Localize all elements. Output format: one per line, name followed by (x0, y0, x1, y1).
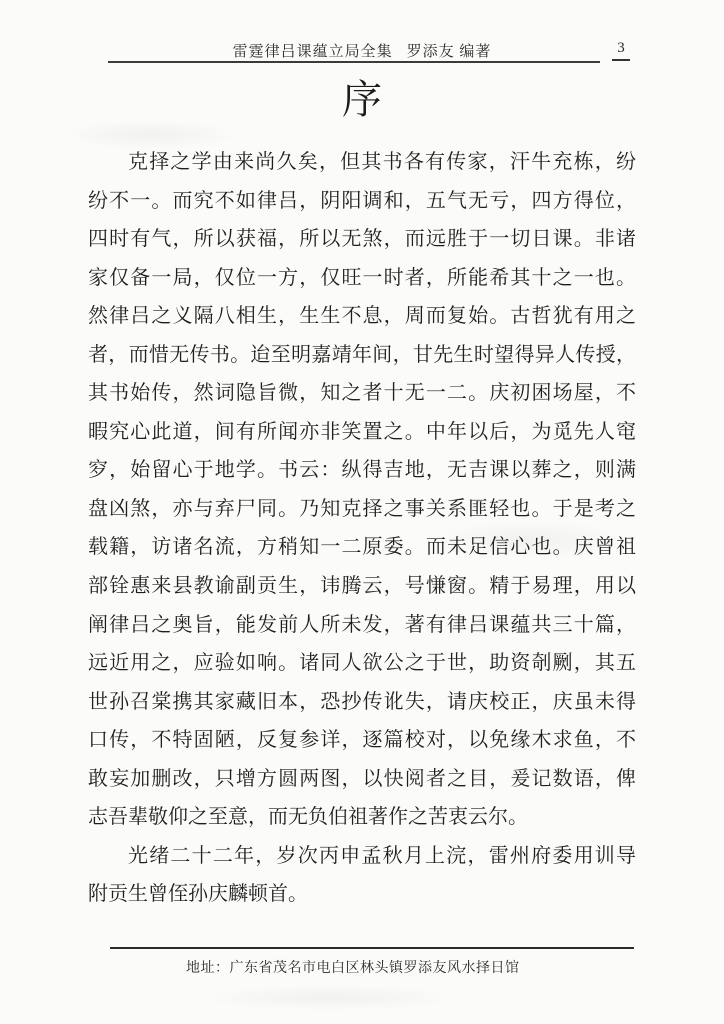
body-line: 穸，始留心于地学。书云：纵得吉地，无吉课以葬之，则满 (88, 451, 636, 490)
body-line: 光绪二十二年，岁次丙申孟秋月上浣，雷州府委用训导 (88, 837, 636, 876)
body-line: 附贡生曾侄孙庆麟顿首。 (88, 875, 636, 914)
running-header: 雷霆律吕课蕴立局全集罗添友 编著 (88, 40, 636, 61)
body-line: 四时有气，所以获福，所以无煞，而远胜于一切日课。非诸 (88, 220, 636, 259)
body-line: 盘凶煞，亦与弃尸同。乃知克择之事关系匪轻也。于是考之 (88, 490, 636, 529)
body-line: 克择之学由来尚久矣，但其书各有传家，汗牛充栋，纷 (88, 143, 636, 182)
page-number: 3 (612, 40, 630, 61)
body-line: 部铨惠来县教谕副贡生，讳腾云，号慊窗。精于易理，用以 (88, 567, 636, 606)
body-line: 口传，不特固陋，反复参详，逐篇校对，以免缘木求鱼，不 (88, 721, 636, 760)
body-line: 然律吕之义隔八相生，生生不息，周而复始。古哲犹有用之 (88, 297, 636, 336)
body-line: 远近用之，应验如响。诸同人欲公之于世，助资剞劂，其五 (88, 644, 636, 683)
body-line: 敢妄加删改，只增方圆两图，以快阅者之目，爰记数语，俾 (88, 760, 636, 799)
body-line: 者，而惜无传书。迨至明嘉靖年间，甘先生时望得异人传授， (88, 336, 636, 375)
body-line: 纷不一。而究不如律吕，阴阳调和，五气无亏，四方得位， (88, 182, 636, 221)
body-line: 暇究心此道，间有所闻亦非笑置之。中年以后，为觅先人窀 (88, 413, 636, 452)
body-text: 克择之学由来尚久矣，但其书各有传家，汗牛充栋，纷纷不一。而究不如律吕，阴阳调和，… (88, 143, 636, 914)
scan-smudge (200, 985, 460, 1011)
body-line: 阐律吕之奥旨，能发前人所未发，著有律吕课蕴共三十篇， (88, 606, 636, 645)
scanned-page: 雷霆律吕课蕴立局全集罗添友 编著 3 序 克择之学由来尚久矣，但其书各有传家，汗… (0, 0, 724, 1024)
footer-address: 地址：广东省茂名市电白区林头镇罗添友风水择日馆 (186, 957, 520, 977)
footer-rule (110, 947, 634, 949)
section-title: 序 (88, 74, 636, 126)
book-title: 雷霆律吕课蕴立局全集 (233, 44, 393, 60)
body-line: 载籍，访诸名流，方稍知一二原委。而未足信心也。庆曾祖 (88, 528, 636, 567)
body-line: 其书始传，然词隐旨微，知之者十无一二。庆初困场屋，不 (88, 374, 636, 413)
header-rule (108, 61, 600, 63)
body-line: 家仅备一局，仅位一方，仅旺一时者，所能希其十之一也。 (88, 259, 636, 298)
body-line: 志吾辈敬仰之至意，而无负伯祖著作之苦衷云尔。 (88, 798, 636, 837)
body-line: 世孙召棠携其家藏旧本，恐抄传讹失，请庆校正，庆虽未得 (88, 683, 636, 722)
author-credit: 罗添友 编著 (407, 44, 492, 60)
